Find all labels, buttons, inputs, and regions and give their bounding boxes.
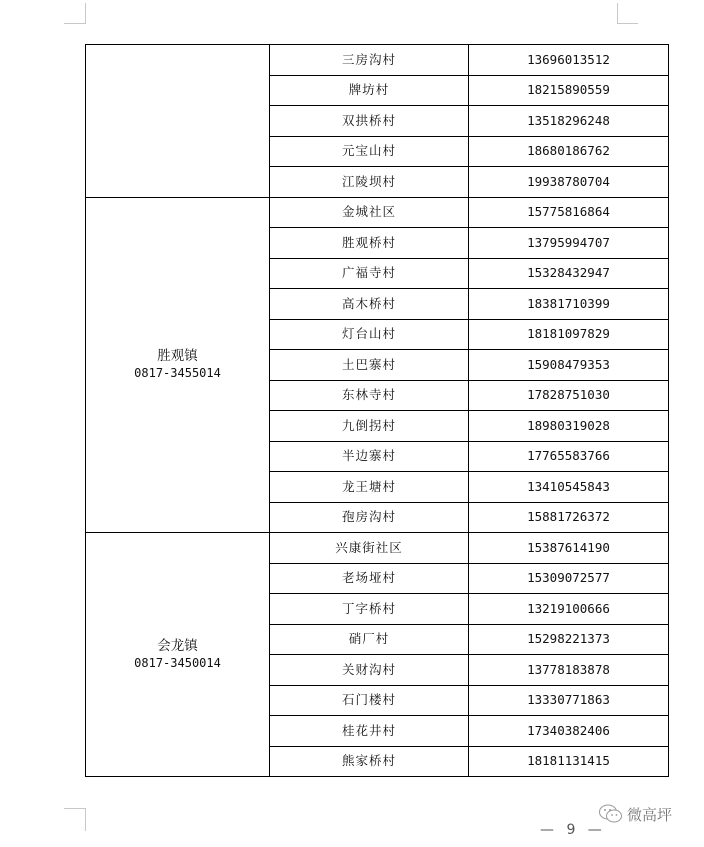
village-name: 老场垭村 xyxy=(270,563,469,594)
village-phone: 13330771863 xyxy=(469,685,669,716)
village-name: 元宝山村 xyxy=(270,136,469,167)
village-phone: 17765583766 xyxy=(469,441,669,472)
village-name: 硝厂村 xyxy=(270,624,469,655)
town-phone: 0817-3455014 xyxy=(86,366,269,380)
village-name: 半边寨村 xyxy=(270,441,469,472)
village-phone: 13696013512 xyxy=(469,45,669,76)
village-name: 金城社区 xyxy=(270,197,469,228)
village-name: 桂花井村 xyxy=(270,716,469,747)
contact-table: 三房沟村 13696013512 牌坊村 18215890559 双拱桥村 13… xyxy=(85,44,669,777)
village-phone: 13778183878 xyxy=(469,655,669,686)
village-phone: 18181131415 xyxy=(469,746,669,777)
table-row: 胜观镇 0817-3455014 金城社区 15775816864 xyxy=(86,197,669,228)
village-phone: 19938780704 xyxy=(469,167,669,198)
village-phone: 15328432947 xyxy=(469,258,669,289)
table-row: 三房沟村 13696013512 xyxy=(86,45,669,76)
village-name: 熊家桥村 xyxy=(270,746,469,777)
town-phone: 0817-3450014 xyxy=(86,656,269,670)
town-name: 会龙镇 xyxy=(86,639,269,653)
page-corner-mark-top-left xyxy=(64,3,86,24)
village-name: 广福寺村 xyxy=(270,258,469,289)
village-name: 东林寺村 xyxy=(270,380,469,411)
village-phone: 15775816864 xyxy=(469,197,669,228)
village-phone: 18381710399 xyxy=(469,289,669,320)
village-phone: 15908479353 xyxy=(469,350,669,381)
town-name: 胜观镇 xyxy=(86,349,269,363)
village-name: 九倒拐村 xyxy=(270,411,469,442)
village-name: 关财沟村 xyxy=(270,655,469,686)
village-phone: 13795994707 xyxy=(469,228,669,259)
village-phone: 18181097829 xyxy=(469,319,669,350)
town-cell: 胜观镇 0817-3455014 xyxy=(86,197,270,533)
town-cell: 会龙镇 0817-3450014 xyxy=(86,533,270,777)
village-phone: 15881726372 xyxy=(469,502,669,533)
page-corner-mark-bottom-left xyxy=(64,808,86,831)
village-phone: 15387614190 xyxy=(469,533,669,564)
village-name: 土巴寨村 xyxy=(270,350,469,381)
page-corner-mark-top-right xyxy=(617,3,638,24)
village-name: 胜观桥村 xyxy=(270,228,469,259)
page-number: — 9 — xyxy=(540,822,606,838)
village-name: 双拱桥村 xyxy=(270,106,469,137)
wechat-icon xyxy=(598,803,624,825)
village-phone: 17340382406 xyxy=(469,716,669,747)
village-name: 丁字桥村 xyxy=(270,594,469,625)
town-cell xyxy=(86,45,270,198)
village-phone: 18215890559 xyxy=(469,75,669,106)
village-phone: 15309072577 xyxy=(469,563,669,594)
village-phone: 13518296248 xyxy=(469,106,669,137)
village-name: 三房沟村 xyxy=(270,45,469,76)
village-phone: 17828751030 xyxy=(469,380,669,411)
watermark-text: 微高坪 xyxy=(627,804,672,825)
village-name: 石门楼村 xyxy=(270,685,469,716)
village-name: 高木桥村 xyxy=(270,289,469,320)
village-name: 龙王塘村 xyxy=(270,472,469,503)
village-name: 孢房沟村 xyxy=(270,502,469,533)
village-phone: 18980319028 xyxy=(469,411,669,442)
village-phone: 13410545843 xyxy=(469,472,669,503)
village-name: 灯台山村 xyxy=(270,319,469,350)
village-name: 江陵坝村 xyxy=(270,167,469,198)
village-name: 牌坊村 xyxy=(270,75,469,106)
village-phone: 18680186762 xyxy=(469,136,669,167)
watermark: 微高坪 xyxy=(598,803,672,825)
table-row: 会龙镇 0817-3450014 兴康街社区 15387614190 xyxy=(86,533,669,564)
village-phone: 15298221373 xyxy=(469,624,669,655)
village-phone: 13219100666 xyxy=(469,594,669,625)
village-name: 兴康街社区 xyxy=(270,533,469,564)
